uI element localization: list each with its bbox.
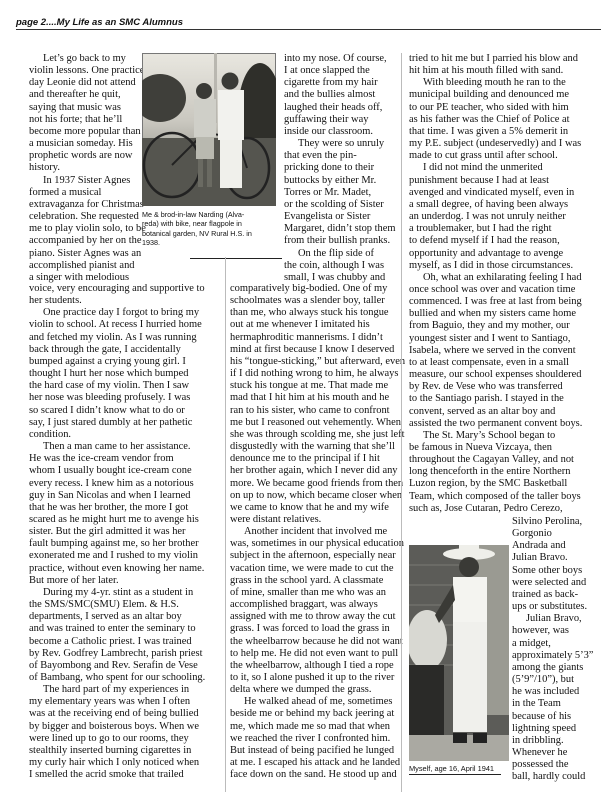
text-line: Silvino Perolina, xyxy=(512,516,602,528)
text-line: (5’9”/10”), but xyxy=(512,674,602,686)
text-line: into my nose. Of course, xyxy=(284,53,399,65)
text-line: to the Santiago parish. I stayed in the xyxy=(409,393,601,405)
text-line: that time. I was given a 5% demerit in xyxy=(409,126,601,138)
text-line: pricking done to their xyxy=(284,162,399,174)
text-line: that even the pin- xyxy=(284,150,399,162)
text-line: On the flip side of xyxy=(284,248,399,260)
text-line: so scared I didn’t know what to do or xyxy=(29,405,224,417)
text-line: my P.E. subject (undeservedly) and I was xyxy=(409,138,601,150)
text-line: to it, so I alone pushed it up to the ri… xyxy=(230,672,400,684)
text-line: to at least compensate, even in a small xyxy=(409,357,601,369)
text-line: Julian Bravo. xyxy=(512,552,602,564)
text-line: Luzon region, by the SMC Basketball xyxy=(409,478,601,490)
text-line: the wheelbarrow because he did not want xyxy=(230,636,400,648)
text-line: in dribbling. xyxy=(512,735,602,747)
text-line: Some other boys xyxy=(512,565,602,577)
text-line: to our PE teacher, who sided with him xyxy=(409,102,601,114)
text-line: his “tongue-sticking,” but afterward, ev… xyxy=(230,356,400,368)
text-line: we reached the river I confronted him. xyxy=(230,733,400,745)
text-line: ball, hardly could xyxy=(512,771,602,783)
text-line: trained as back- xyxy=(512,589,602,601)
text-line: celebration. She requested xyxy=(29,211,141,223)
text-line: my elementary years was when I often xyxy=(29,696,224,708)
text-line: a troublemaker, but I had the right xyxy=(409,223,601,235)
text-line: were distant relatives. xyxy=(230,514,400,526)
text-line: I smelled the acrid smoke that trailed xyxy=(29,769,224,781)
text-line: face down on the sand. He stood up and xyxy=(230,769,400,781)
text-line: hit him at his mouth filled with sand. xyxy=(409,65,601,77)
text-line: grass. I was forced to load the grass in xyxy=(230,623,400,635)
text-line: Evangelista or Sister xyxy=(284,211,399,223)
text-line: laughed their heads off, xyxy=(284,102,399,114)
column-2-wide-text: comparatively big-bodied. One of myschoo… xyxy=(230,283,400,781)
text-line: comparatively big-bodied. One of my xyxy=(230,283,400,295)
text-line: disgustedly with the warning that she’ll xyxy=(230,441,400,453)
text-line: her nose was bleeding profusely. I was xyxy=(29,392,224,404)
text-line: assigned with me to throw away the cut xyxy=(230,611,400,623)
text-line: opportunity and advantage to avenge xyxy=(409,248,601,260)
text-line: scared as he might hurt me to avenge his xyxy=(29,514,224,526)
text-line: youngest sister and I went to Santiago, xyxy=(409,333,601,345)
text-line: guy in San Nicolas and when I learned xyxy=(29,490,224,502)
text-line: prophetic words are now xyxy=(29,150,141,162)
text-line: say, I just stared dumbly at her patheti… xyxy=(29,417,224,429)
text-line: delta where we dumped the grass. xyxy=(230,684,400,696)
text-line: I at once slapped the xyxy=(284,65,399,77)
text-line: throughout the Cagayan Valley, and not xyxy=(409,454,601,466)
bike-photo-image xyxy=(142,53,276,206)
text-line: Another incident that involved me xyxy=(230,526,400,538)
text-line: on up to now, which became closer when xyxy=(230,490,400,502)
text-line: The St. Mary’s School began to xyxy=(409,430,601,442)
text-line: exonerated me and I rushed to my violin xyxy=(29,550,224,562)
text-line: back through the gate, I accidentally xyxy=(29,344,224,356)
text-line: approximately 5’3” xyxy=(512,650,602,662)
text-line: by bigger and boisterous boys. When we xyxy=(29,721,224,733)
text-line: by Rev. Godfrey Lambrecht, parish priest xyxy=(29,648,224,660)
text-line: and was trained to enter the seminary to xyxy=(29,623,224,635)
text-line: violin lessons. One practice xyxy=(29,65,141,77)
text-line: to defend myself if I had the reason, xyxy=(409,235,601,247)
text-line: accomplished braggart, was always xyxy=(230,599,400,611)
text-line: Andrada and xyxy=(512,540,602,552)
text-line: Margaret, didn’t stop them xyxy=(284,223,399,235)
text-line: piano. Sister Agnes was an xyxy=(29,248,141,260)
text-line: me to play violin solo, to be xyxy=(29,223,141,235)
text-line: tried to hit me but I parried his blow a… xyxy=(409,53,601,65)
text-line: from Baguio, they and my mother, our xyxy=(409,320,601,332)
text-line: of Bayombong and Rev. Serafin de Vese xyxy=(29,660,224,672)
text-line: stuck his tongue at me. That made me xyxy=(230,380,400,392)
text-line: ups or substitutes. xyxy=(512,601,602,613)
text-line: history. xyxy=(29,162,141,174)
text-line: Whenever he xyxy=(512,747,602,759)
text-line: One practice day I forgot to bring my xyxy=(29,307,224,319)
text-line: convent, served as an altar boy and xyxy=(409,406,601,418)
text-line: were selected and xyxy=(512,577,602,589)
text-line: than me, who always stuck his tongue xyxy=(230,307,400,319)
text-line: an underdog. I was not unruly neither xyxy=(409,211,601,223)
text-line: made to cut grass until after school. xyxy=(409,150,601,162)
bike-photo xyxy=(142,53,276,206)
text-line: saying that music was xyxy=(29,102,141,114)
text-line: beside me or behind my back jeering at xyxy=(230,708,400,720)
text-line: In 1937 Sister Agnes xyxy=(29,175,141,187)
column-2-narrow-text: into my nose. Of course,I at once slappe… xyxy=(284,53,399,284)
text-line: condition. xyxy=(29,429,224,441)
text-line: grass in the school yard. A classmate xyxy=(230,575,400,587)
text-line: practice, without even knowing her name. xyxy=(29,563,224,575)
text-line: among the giants xyxy=(512,662,602,674)
text-line: her brother again, which I never did any xyxy=(230,465,400,477)
text-line: formed a musical xyxy=(29,187,141,199)
text-line: was at the receiving end of being bullie… xyxy=(29,708,224,720)
text-line: He was the ice-cream vendor from xyxy=(29,453,224,465)
text-line: municipal building and denounced me xyxy=(409,89,601,101)
text-line: a small degree, of having been always xyxy=(409,199,601,211)
text-line: fault bumping against me, so her brother xyxy=(29,538,224,550)
text-line: whom I usually bought ice-cream cone xyxy=(29,465,224,477)
text-line: if I did nothing wrong to him, he always xyxy=(230,368,400,380)
text-line: With bleeding mouth he ran to the xyxy=(409,77,601,89)
text-line: Isabela, where we served in the convent xyxy=(409,345,601,357)
caption-rule xyxy=(190,258,282,259)
text-line: bullied and when my sisters came home xyxy=(409,308,601,320)
text-line: and the bullies almost xyxy=(284,89,399,101)
text-line: lightning speed xyxy=(512,723,602,735)
text-line: as his father was the Chief of Police at xyxy=(409,114,601,126)
text-line: stealthily inserted burning cigarettes i… xyxy=(29,745,224,757)
text-line: and thereafter he quit, xyxy=(29,89,141,101)
text-line: every recess. I knew him as a notorious xyxy=(29,478,224,490)
text-line: to help me. He did not even want to pull xyxy=(230,648,400,660)
column-divider-1 xyxy=(225,257,226,792)
text-line: Gorgonio xyxy=(512,528,602,540)
text-line: such as, Jose Cutaran, Pedro Cerezo, xyxy=(409,503,601,515)
text-line: and fetched my violin. As I was running xyxy=(29,332,224,344)
text-line: cigarette from my hair xyxy=(284,77,399,89)
text-line: extravaganza for Christmas xyxy=(29,199,141,211)
text-line: of Bambang, who spent for our schooling. xyxy=(29,672,224,684)
text-line: But more of her later. xyxy=(29,575,224,587)
column-3-narrow-text: Silvino Perolina,GorgonioAndrada andJuli… xyxy=(512,516,602,783)
caption-rule xyxy=(409,774,501,775)
text-line: mad that I hit him at his mouth and he xyxy=(230,392,400,404)
text-line: punishment because I had at least xyxy=(409,175,601,187)
text-line: myself, as I did in those circumstances. xyxy=(409,260,601,272)
text-line: thought I hurt her nose which bumped xyxy=(29,368,224,380)
text-line: ran to his sister, who came to confront xyxy=(230,405,400,417)
text-line: subject in the afternoon, especially nea… xyxy=(230,550,400,562)
text-line: He walked ahead of me, sometimes xyxy=(230,696,400,708)
text-line: buttocks by either Mr. xyxy=(284,175,399,187)
text-line: of mine, smaller than me who was an xyxy=(230,587,400,599)
text-line: hermaphroditic mannerisms. I didn’t xyxy=(230,332,400,344)
text-line: violin to school. At recess I hurried ho… xyxy=(29,319,224,331)
text-line: commenced. I was free at last from being xyxy=(409,296,601,308)
column-divider-2 xyxy=(401,53,402,792)
text-line: we came to know that he and my wife xyxy=(230,502,400,514)
portrait-photo xyxy=(409,545,509,761)
text-line: she was through scolding me, she just le… xyxy=(230,429,400,441)
text-line: But instead of being pacified he lunged xyxy=(230,745,400,757)
text-line: schoolmates was a slender boy, taller xyxy=(230,295,400,307)
text-line: departments, I served as an altar boy xyxy=(29,611,224,623)
text-line: however, was xyxy=(512,625,602,637)
text-line: assisted the two permanent convent boys. xyxy=(409,418,601,430)
text-line: become more popular than xyxy=(29,126,141,138)
text-line: more. We became good friends from then xyxy=(230,478,400,490)
text-line: the SMS/SMC(SMU) Elem. & H.S. xyxy=(29,599,224,611)
text-line: or the scolding of Sister xyxy=(284,199,399,211)
column-3-wide-text: tried to hit me but I parried his blow a… xyxy=(409,53,601,515)
text-line: During my 4-yr. stint as a student in xyxy=(29,587,224,599)
column-1-narrow-text: Let’s go back to myviolin lessons. One p… xyxy=(29,53,141,284)
text-line: Torres or Mr. Madet, xyxy=(284,187,399,199)
text-line: voice, very encouraging and supportive t… xyxy=(29,283,224,295)
text-line: I did not mind the unmerited xyxy=(409,162,601,174)
text-line: me but I reasoned out vehemently. When xyxy=(230,417,400,429)
page-header-title: page 2....My Life as an SMC Alumnus xyxy=(16,17,183,28)
text-line: become a Catholic priest. I was trained xyxy=(29,636,224,648)
text-line: the hard case of my violin. Then I saw xyxy=(29,380,224,392)
text-line: out at me whenever I imitated his xyxy=(230,319,400,331)
text-line: Then a man came to her assistance. xyxy=(29,441,224,453)
column-1-wide-text: voice, very encouraging and supportive t… xyxy=(29,283,224,781)
text-line: Team, which composed of the taller boys xyxy=(409,491,601,503)
text-line: was, sometimes in our physical education xyxy=(230,538,400,550)
text-line: sister. But the girl admitted it was her xyxy=(29,526,224,538)
text-line: inside our classroom. xyxy=(284,126,399,138)
page-header: page 2....My Life as an SMC Alumnus xyxy=(16,15,601,30)
text-line: guffawing their way xyxy=(284,114,399,126)
text-line: Julian Bravo, xyxy=(512,613,602,625)
text-line: bumped against a crying young girl. I xyxy=(29,356,224,368)
text-line: mind at first because I know I deserved xyxy=(230,344,400,356)
text-line: measure, our school expenses shouldered xyxy=(409,369,601,381)
text-line: that he was her brother, the more I got xyxy=(29,502,224,514)
text-line: not his forte; that he’ll xyxy=(29,114,141,126)
text-line: a midget, xyxy=(512,638,602,650)
text-line: long thenceforth in the entire Northern xyxy=(409,466,601,478)
text-line: were lined up to go to our rooms, they xyxy=(29,733,224,745)
text-line: be famous in Nueva Vizcaya, then xyxy=(409,442,601,454)
bike-photo-caption: Me & brod-in-law Narding (Alva- reda) wi… xyxy=(142,210,282,247)
text-line: me, which made me so mad that when xyxy=(230,721,400,733)
text-line: in the Team xyxy=(512,698,602,710)
text-line: avenged and vindicated myself, even in xyxy=(409,187,601,199)
portrait-photo-image xyxy=(409,545,509,761)
text-line: day Leonie did not attend xyxy=(29,77,141,89)
text-line: the coin, although I was xyxy=(284,260,399,272)
text-line: accompanied by her on the xyxy=(29,235,141,247)
text-line: possessed the xyxy=(512,759,602,771)
text-line: her students. xyxy=(29,295,224,307)
text-line: from their bullish pranks. xyxy=(284,235,399,247)
text-line: The hard part of my experiences in xyxy=(29,684,224,696)
text-line: a musician someday. His xyxy=(29,138,141,150)
text-line: once school was over and vacation time xyxy=(409,284,601,296)
text-line: Oh, what an exhilarating feeling I had xyxy=(409,272,601,284)
text-line: accomplished pianist and xyxy=(29,260,141,272)
text-line: my curly hair which I only noticed when xyxy=(29,757,224,769)
text-line: because of his xyxy=(512,711,602,723)
text-line: denounce me to the principal if I hit xyxy=(230,453,400,465)
text-line: by Rev. de Vese who was transferred xyxy=(409,381,601,393)
portrait-photo-caption: Myself, age 16, April 1941 xyxy=(409,764,519,773)
text-line: Let’s go back to my xyxy=(29,53,141,65)
text-line: the wheelbarrow, although I tied a rope xyxy=(230,660,400,672)
text-line: he was included xyxy=(512,686,602,698)
text-line: vacation time, we were made to cut the xyxy=(230,563,400,575)
text-line: They were so unruly xyxy=(284,138,399,150)
text-line: at me. I escaped his attack and he lande… xyxy=(230,757,400,769)
